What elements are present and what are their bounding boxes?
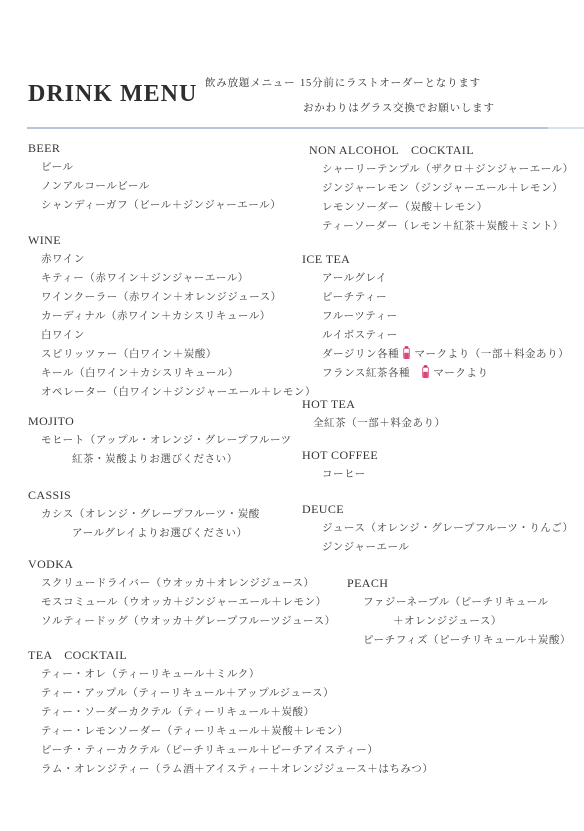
menu-item: アールグレイよりお選びください）: [72, 524, 260, 543]
section-mojito: MOJITOモヒート（アップル・オレンジ・グレープフルーツ紅茶・炭酸よりお選びく…: [28, 412, 292, 469]
menu-item: ティー・アップル（ティーリキュール＋アップルジュース）: [41, 684, 433, 703]
divider-line: [27, 127, 548, 129]
section-wine: WINE赤ワインキティー（赤ワイン＋ジンジャーエール）ワインクーラー（赤ワイン＋…: [28, 231, 316, 402]
menu-item: ピーチティー: [322, 288, 569, 307]
menu-subtitle: 飲み放題メニュー: [205, 77, 295, 91]
menu-item: フルーツティー: [322, 307, 569, 326]
menu-item: ティー・レモンソーダー（ティーリキュール＋炭酸＋レモン）: [41, 722, 433, 741]
section-non-alcohol: NON ALCOHOL COCKTAILシャーリーテンプル（ザクロ＋ジンジャーエ…: [302, 141, 574, 236]
section-heading-deuce: DEUCE: [302, 500, 574, 519]
section-cassis: CASSISカシス（オレンジ・グレープフルーツ・炭酸アールグレイよりお選びくださ…: [28, 486, 260, 543]
section-tea-cocktail: TEA COCKTAILティー・オレ（ティーリキュール＋ミルク）ティー・アップル…: [28, 646, 433, 779]
menu-item: 白ワイン: [41, 326, 316, 345]
menu-item: 赤ワイン: [41, 250, 316, 269]
tea-bottle-icon: [402, 346, 411, 359]
menu-item: スピリッツァー（白ワイン＋炭酸）: [41, 345, 316, 364]
section-ice-tea: ICE TEAアールグレイピーチティーフルーツティールイボスティーダージリン各種…: [302, 250, 569, 383]
drink-menu-page: DRINK MENU 飲み放題メニュー 15分前にラストオーダーとなります おか…: [0, 0, 584, 831]
menu-item: ノンアルコールビール: [41, 177, 281, 196]
section-hot-coffee: HOT COFFEEコーヒー: [302, 446, 378, 484]
menu-item: キティー（赤ワイン＋ジンジャーエール）: [41, 269, 316, 288]
menu-item: ＋オレンジジュース）: [393, 612, 571, 631]
glass-exchange-note: おかわりはグラス交換でお願いします: [303, 102, 495, 116]
menu-item: ダージリン各種 マークより（一部＋料金あり）: [322, 345, 569, 364]
menu-item: ティーソーダー（レモン＋紅茶＋炭酸＋ミント）: [322, 217, 574, 236]
menu-item: ティー・オレ（ティーリキュール＋ミルク）: [41, 665, 433, 684]
menu-item: ジュース（オレンジ・グレープフルーツ・りんご）: [322, 519, 574, 538]
tea-bottle-icon: [421, 365, 430, 378]
page-title: DRINK MENU: [28, 80, 197, 108]
menu-item: ティー・ソーダーカクテル（ティーリキュール＋炭酸）: [41, 703, 433, 722]
section-heading-non-alcohol: NON ALCOHOL COCKTAIL: [309, 141, 574, 160]
menu-item: ピーチフィズ（ピーチリキュール＋炭酸）: [363, 631, 571, 650]
menu-item-text: ダージリン各種: [322, 349, 402, 360]
section-heading-wine: WINE: [28, 231, 316, 250]
menu-item: モスコミュール（ウオッカ＋ジンジャーエール＋レモン）: [41, 593, 336, 612]
section-heading-hot-tea: HOT TEA: [302, 395, 446, 414]
divider-line-tail: [548, 127, 584, 129]
section-deuce: DEUCEジュース（オレンジ・グレープフルーツ・りんご）ジンジャーエール: [302, 500, 574, 557]
menu-item: アールグレイ: [322, 269, 569, 288]
section-hot-tea: HOT TEA全紅茶（一部＋料金あり）: [302, 395, 446, 433]
menu-item: 全紅茶（一部＋料金あり）: [313, 414, 446, 433]
menu-item-text: フランス紅茶各種: [322, 368, 421, 379]
section-heading-ice-tea: ICE TEA: [302, 250, 569, 269]
section-beer: BEERビールノンアルコールビールシャンディーガフ（ビール＋ジンジャーエール）: [28, 139, 281, 215]
menu-item: フランス紅茶各種 マークより: [322, 364, 569, 383]
section-vodka: VODKAスクリュードライバー（ウオッカ＋オレンジジュース）モスコミュール（ウオ…: [28, 555, 336, 631]
section-heading-hot-coffee: HOT COFFEE: [302, 446, 378, 465]
menu-item: ジンジャーレモン（ジンジャーエール＋レモン）: [322, 179, 574, 198]
section-heading-peach: PEACH: [347, 574, 571, 593]
menu-item: ワインクーラー（赤ワイン＋オレンジジュース）: [41, 288, 316, 307]
menu-item: シャンディーガフ（ビール＋ジンジャーエール）: [41, 196, 281, 215]
menu-item: ルイボスティー: [322, 326, 569, 345]
menu-item: カシス（オレンジ・グレープフルーツ・炭酸: [41, 505, 260, 524]
menu-item: ビール: [41, 158, 281, 177]
section-peach: PEACHファジーネーブル（ピーチリキュール＋オレンジジュース）ピーチフィズ（ピ…: [347, 574, 571, 650]
menu-item: シャーリーテンプル（ザクロ＋ジンジャーエール）: [322, 160, 574, 179]
menu-item: カーディナル（赤ワイン＋カシスリキュール）: [41, 307, 316, 326]
menu-item-text: マークより（一部＋料金あり）: [411, 349, 569, 360]
menu-item: ラム・オレンジティー（ラム酒＋アイスティー＋オレンジジュース＋はちみつ）: [41, 760, 433, 779]
menu-item: 紅茶・炭酸よりお選びください）: [72, 450, 292, 469]
menu-item: キール（白ワイン＋カシスリキュール）: [41, 364, 316, 383]
section-heading-mojito: MOJITO: [28, 412, 292, 431]
menu-item: レモンソーダー（炭酸＋レモン）: [322, 198, 574, 217]
menu-item: スクリュードライバー（ウオッカ＋オレンジジュース）: [41, 574, 336, 593]
menu-item: ジンジャーエール: [322, 538, 574, 557]
section-heading-vodka: VODKA: [28, 555, 336, 574]
menu-item: オペレーター（白ワイン＋ジンジャーエール＋レモン）: [41, 383, 316, 402]
menu-item: モヒート（アップル・オレンジ・グレープフルーツ: [41, 431, 292, 450]
menu-item: ファジーネーブル（ピーチリキュール: [363, 593, 571, 612]
section-heading-beer: BEER: [28, 139, 281, 158]
last-order-note: 15分前にラストオーダーとなります: [300, 77, 481, 91]
menu-item: コーヒー: [322, 465, 378, 484]
menu-item: ピーチ・ティーカクテル（ピーチリキュール＋ピーチアイスティー）: [41, 741, 433, 760]
menu-item: ソルティードッグ（ウオッカ＋グレープフルーツジュース）: [41, 612, 336, 631]
menu-item-text: マークより: [430, 368, 488, 379]
section-heading-cassis: CASSIS: [28, 486, 260, 505]
